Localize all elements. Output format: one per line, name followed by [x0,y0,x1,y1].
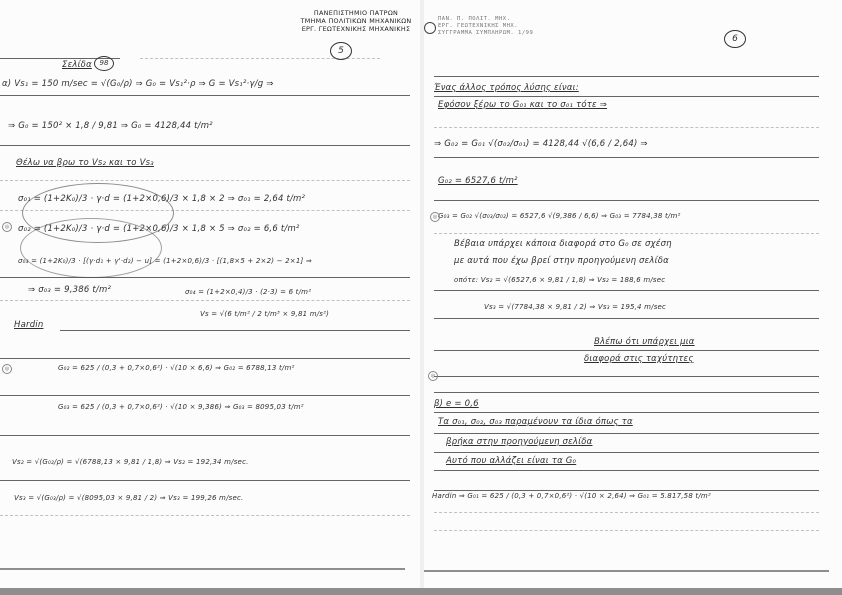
punch-hole-mark: ◎ [2,364,12,374]
handwritten-line: Εφόσον ξέρω το G₀₁ και το σ₀₁ τότε ⇒ [438,100,607,110]
ruled-line [0,145,410,146]
ruled-line [0,95,410,96]
punch-hole-mark: ◎ [428,371,438,381]
ruled-line [434,157,819,158]
annotation-oval [20,218,162,278]
page-number-right: 6 [724,30,746,48]
handwritten-line: G₀₃ = G₀₂ √(σ₀₃/σ₀₂) = 6527,6 √(9,386 / … [438,212,681,220]
punch-hole-mark: ◎ [2,222,12,232]
scan-bottom-edge [0,588,842,595]
handwritten-line: Ένας άλλος τρόπος λύσης είναι: [434,83,579,93]
ruled-line [140,58,380,60]
punch-hole-mark: ◎ [430,212,440,222]
handwritten-line: Vs₃ = √(7784,38 × 9,81 / 2) ⇒ Vs₃ = 195,… [484,303,666,311]
scanned-notebook-spread: ΠΑΝΕΠΙΣΤΗΜΙΟ ΠΑΤΡΩΝ ΤΜΗΜΑ ΠΟΛΙΤΙΚΩΝ ΜΗΧΑ… [0,0,842,588]
ruled-line [434,512,819,514]
title-ref-circle: 98 [94,56,114,71]
department-stamp: ΠΑΝ. Π. ΠΟΛΙΤ. ΜΗΧ. ΕΡΓ. ΓΕΩΤΕΧΝΙΚΗΣ ΜΗΧ… [438,16,533,37]
handwritten-line: Vs₂ = √(G₀₂/ρ) = √(6788,13 × 9,81 / 1,8)… [12,458,249,466]
stamp-logo [424,22,436,34]
ruled-line [0,395,410,396]
stamp-line-1: ΠΑΝ. Π. ΠΟΛΙΤ. ΜΗΧ. [438,16,533,23]
page-title: Σελίδα [62,60,92,70]
handwritten-line: β) e = 0,6 [434,399,479,409]
ruled-line [434,433,819,434]
handwritten-line: G₀₂ = 6527,6 t/m² [438,176,518,186]
ruled-line [434,452,819,453]
ruled-line [434,376,819,377]
ruled-line [434,233,819,235]
handwritten-line: Hardin [14,320,43,330]
header-line-2: ΤΜΗΜΑ ΠΟΛΙΤΙΚΩΝ ΜΗΧΑΝΙΚΩΝ [296,17,416,25]
ruled-line [0,568,405,570]
ruled-line [434,127,819,129]
handwritten-line: G₀₃ = 625 / (0,3 + 0,7×0,6²) · √(10 × 9,… [58,403,304,411]
ruled-line [424,570,829,572]
handwritten-line: Βλέπω ότι υπάρχει μια [594,337,695,347]
ruled-line [60,330,410,331]
ruled-line [0,180,410,182]
ruled-line [434,470,819,471]
ruled-line [434,96,819,97]
stamp-line-3: ΣΥΓΓΡΑΜΜΑ ΣΥΜΠΛΗΡΩΜ. 1/99 [438,30,533,37]
handwritten-line: με αυτά που έχω βρεί στην προηγούμενη σε… [454,256,669,266]
handwritten-line: ⇒ σ₀₃ = 9,386 t/m² [28,285,111,295]
handwritten-line: Θέλω να βρω το Vs₂ και το Vs₃ [16,158,154,168]
handwritten-line: βρήκα στην προηγούμενη σελίδα [446,437,592,447]
handwritten-line: Hardin ⇒ G₀₁ = 625 / (0,3 + 0,7×0,6²) · … [432,492,711,500]
handwritten-line: διαφορά στις ταχύτητες [584,354,694,364]
handwritten-line: ⇒ G₀₂ = G₀₁ √(σ₀₂/σ₀₁) = 4128,44 √(6,6 /… [434,139,648,149]
ruled-line [0,435,410,436]
ruled-line [434,490,819,491]
ruled-line [0,358,410,359]
handwritten-line: Βέβαια υπάρχει κάποια διαφορά στο G₀ σε … [454,239,672,249]
handwritten-line: α) Vs₁ = 150 m/sec = √(G₀/ρ) ⇒ G₀ = Vs₁²… [2,79,274,89]
ruled-line [0,277,410,278]
stamp-line-2: ΕΡΓ. ΓΕΩΤΕΧΝΙΚΗΣ ΜΗΧ. [438,23,533,30]
ruled-line [434,350,819,351]
ruled-line [434,76,819,77]
institution-header: ΠΑΝΕΠΙΣΤΗΜΙΟ ΠΑΤΡΩΝ ΤΜΗΜΑ ΠΟΛΙΤΙΚΩΝ ΜΗΧΑ… [296,9,416,33]
ruled-line [434,392,819,393]
handwritten-line: Τα σ₀₁, σ₀₂, σ₀₃ παραμένουν τα ίδια όπως… [438,417,633,427]
ruled-line [434,412,819,413]
handwritten-line: Vs = √(6 t/m² / 2 t/m³ × 9,81 m/s²) [200,310,329,318]
handwritten-line: σ₀₄ = (1+2×0,4)/3 · (2·3) = 6 t/m² [185,288,311,296]
title-text: Σελίδα [62,60,92,70]
ruled-line [434,318,819,319]
left-page: ΠΑΝΕΠΙΣΤΗΜΙΟ ΠΑΤΡΩΝ ΤΜΗΜΑ ΠΟΛΙΤΙΚΩΝ ΜΗΧΑ… [0,0,420,588]
handwritten-line: Αυτό που αλλάζει είναι τα G₀ [446,456,576,466]
ruled-line [434,200,819,201]
ruled-line [434,530,819,532]
ruled-line [0,515,410,517]
handwritten-line: G₀₂ = 625 / (0,3 + 0,7×0,6²) · √(10 × 6,… [58,364,295,372]
ruled-line [0,480,410,481]
handwritten-line: Vs₃ = √(G₀₃/ρ) = √(8095,03 × 9,81 / 2) ⇒… [14,494,243,502]
handwritten-line: ⇒ G₀ = 150² × 1,8 / 9,81 ⇒ G₀ = 4128,44 … [8,121,213,131]
header-line-1: ΠΑΝΕΠΙΣΤΗΜΙΟ ΠΑΤΡΩΝ [296,9,416,17]
handwritten-line: οπότε: Vs₂ = √(6527,6 × 9,81 / 1,8) ⇒ Vs… [454,276,665,284]
ruled-line [434,290,819,291]
ruled-line [0,300,410,302]
right-page: ΠΑΝ. Π. ΠΟΛΙΤ. ΜΗΧ. ΕΡΓ. ΓΕΩΤΕΧΝΙΚΗΣ ΜΗΧ… [424,0,842,588]
header-line-3: ΕΡΓ. ΓΕΩΤΕΧΝΙΚΗΣ ΜΗΧΑΝΙΚΗΣ [296,25,416,33]
